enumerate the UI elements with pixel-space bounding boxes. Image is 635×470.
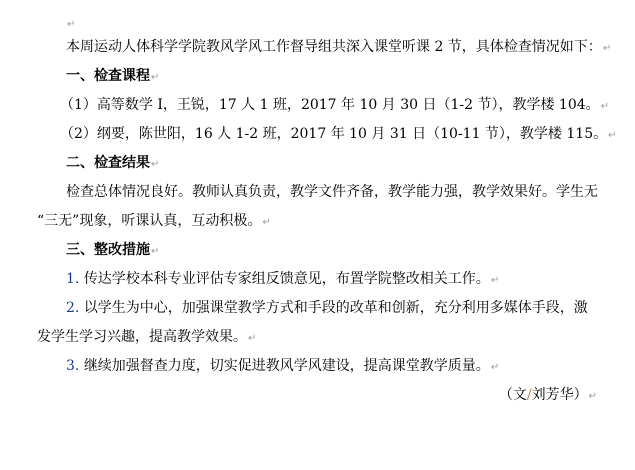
course-item-text: （1）高等数学 I，王锐，17 人 1 班，2017 年 10 月 30 日（1… [60, 97, 600, 113]
measure-item-2: 2. 以学生为中心，加强课堂教学方式和手段的改革和创新，充分利用多媒体手段，激 [66, 297, 626, 319]
intro-text: 本周运动人体科学学院教风学风工作督导组共深入课堂听课 2 节，具体检查情况如下： [66, 39, 602, 55]
measure-item-3: 3. 继续加强督查力度，切实促进教风学风建设，提高课堂教学质量。↵ [66, 355, 626, 377]
paragraph-mark-icon: ↵ [603, 43, 611, 54]
course-item-text: （2）纲要，陈世阳，16 人 1-2 班，2017 年 10 月 31 日（10… [60, 126, 607, 142]
paragraph-mark-icon: ↵ [151, 246, 159, 257]
measure-item-1: 1. 传达学校本科专业评估专家组反馈意见，布置学院整改相关工作。↵ [66, 268, 626, 290]
paragraph-mark-icon: ↵ [151, 72, 159, 83]
measure-text: 以学生为中心，加强课堂教学方式和手段的改革和创新，充分利用多媒体手段，激 [84, 300, 588, 316]
paragraph-mark-icon: ↵ [608, 130, 616, 141]
results-paragraph-line-1: 检查总体情况良好。教师认真负责，教学文件齐备，教学能力强，教学效果好。学生无 [66, 181, 626, 203]
signature-name: 刘芳华） [532, 387, 588, 403]
course-item-2: （2）纲要，陈世阳，16 人 1-2 班，2017 年 10 月 31 日（10… [60, 123, 620, 145]
paragraph-mark-icon: ↵ [491, 275, 499, 286]
list-number: 3. [66, 358, 79, 374]
paragraph-mark-icon: ↵ [589, 391, 597, 402]
signature-open: （文 [499, 387, 527, 403]
section-heading-results: 二、检查结果↵ [66, 152, 626, 174]
heading-text: 三、整改措施 [66, 242, 150, 258]
paragraph-mark-icon: ↵ [67, 19, 75, 30]
paragraph-mark-icon: ↵ [491, 362, 499, 373]
measure-text: 传达学校本科专业评估专家组反馈意见，布置学院整改相关工作。 [84, 271, 490, 287]
section-heading-courses: 一、检查课程↵ [66, 65, 626, 87]
measure-text: 发学生学习兴趣，提高教学效果。 [37, 329, 247, 345]
heading-text: 二、检查结果 [66, 155, 150, 171]
course-item-1: （1）高等数学 I，王锐，17 人 1 班，2017 年 10 月 30 日（1… [60, 94, 620, 116]
heading-text: 一、检查课程 [66, 68, 150, 84]
measure-item-2-continued: 发学生学习兴趣，提高教学效果。↵ [37, 326, 597, 348]
section-heading-measures: 三、整改措施↵ [66, 239, 626, 261]
list-number: 2. [66, 300, 79, 316]
document-page: ↵ 本周运动人体科学学院教风学风工作督导组共深入课堂听课 2 节，具体检查情况如… [0, 0, 635, 470]
intro-paragraph: 本周运动人体科学学院教风学风工作督导组共深入课堂听课 2 节，具体检查情况如下：… [66, 36, 626, 58]
results-text: “三无”现象，听课认真，互动积极。 [37, 213, 261, 229]
results-paragraph-line-2: “三无”现象，听课认真，互动积极。↵ [37, 210, 597, 232]
empty-paragraph: ↵ [66, 12, 626, 34]
measure-text: 继续加强督查力度，切实促进教风学风建设，提高课堂教学质量。 [84, 358, 490, 374]
paragraph-mark-icon: ↵ [262, 217, 270, 228]
list-number: 1. [66, 271, 79, 287]
paragraph-mark-icon: ↵ [151, 159, 159, 170]
author-signature: （文/刘芳华）↵ [499, 384, 597, 406]
paragraph-mark-icon: ↵ [601, 101, 609, 112]
results-text: 检查总体情况良好。教师认真负责，教学文件齐备，教学能力强，教学效果好。学生无 [66, 184, 598, 200]
paragraph-mark-icon: ↵ [248, 333, 256, 344]
